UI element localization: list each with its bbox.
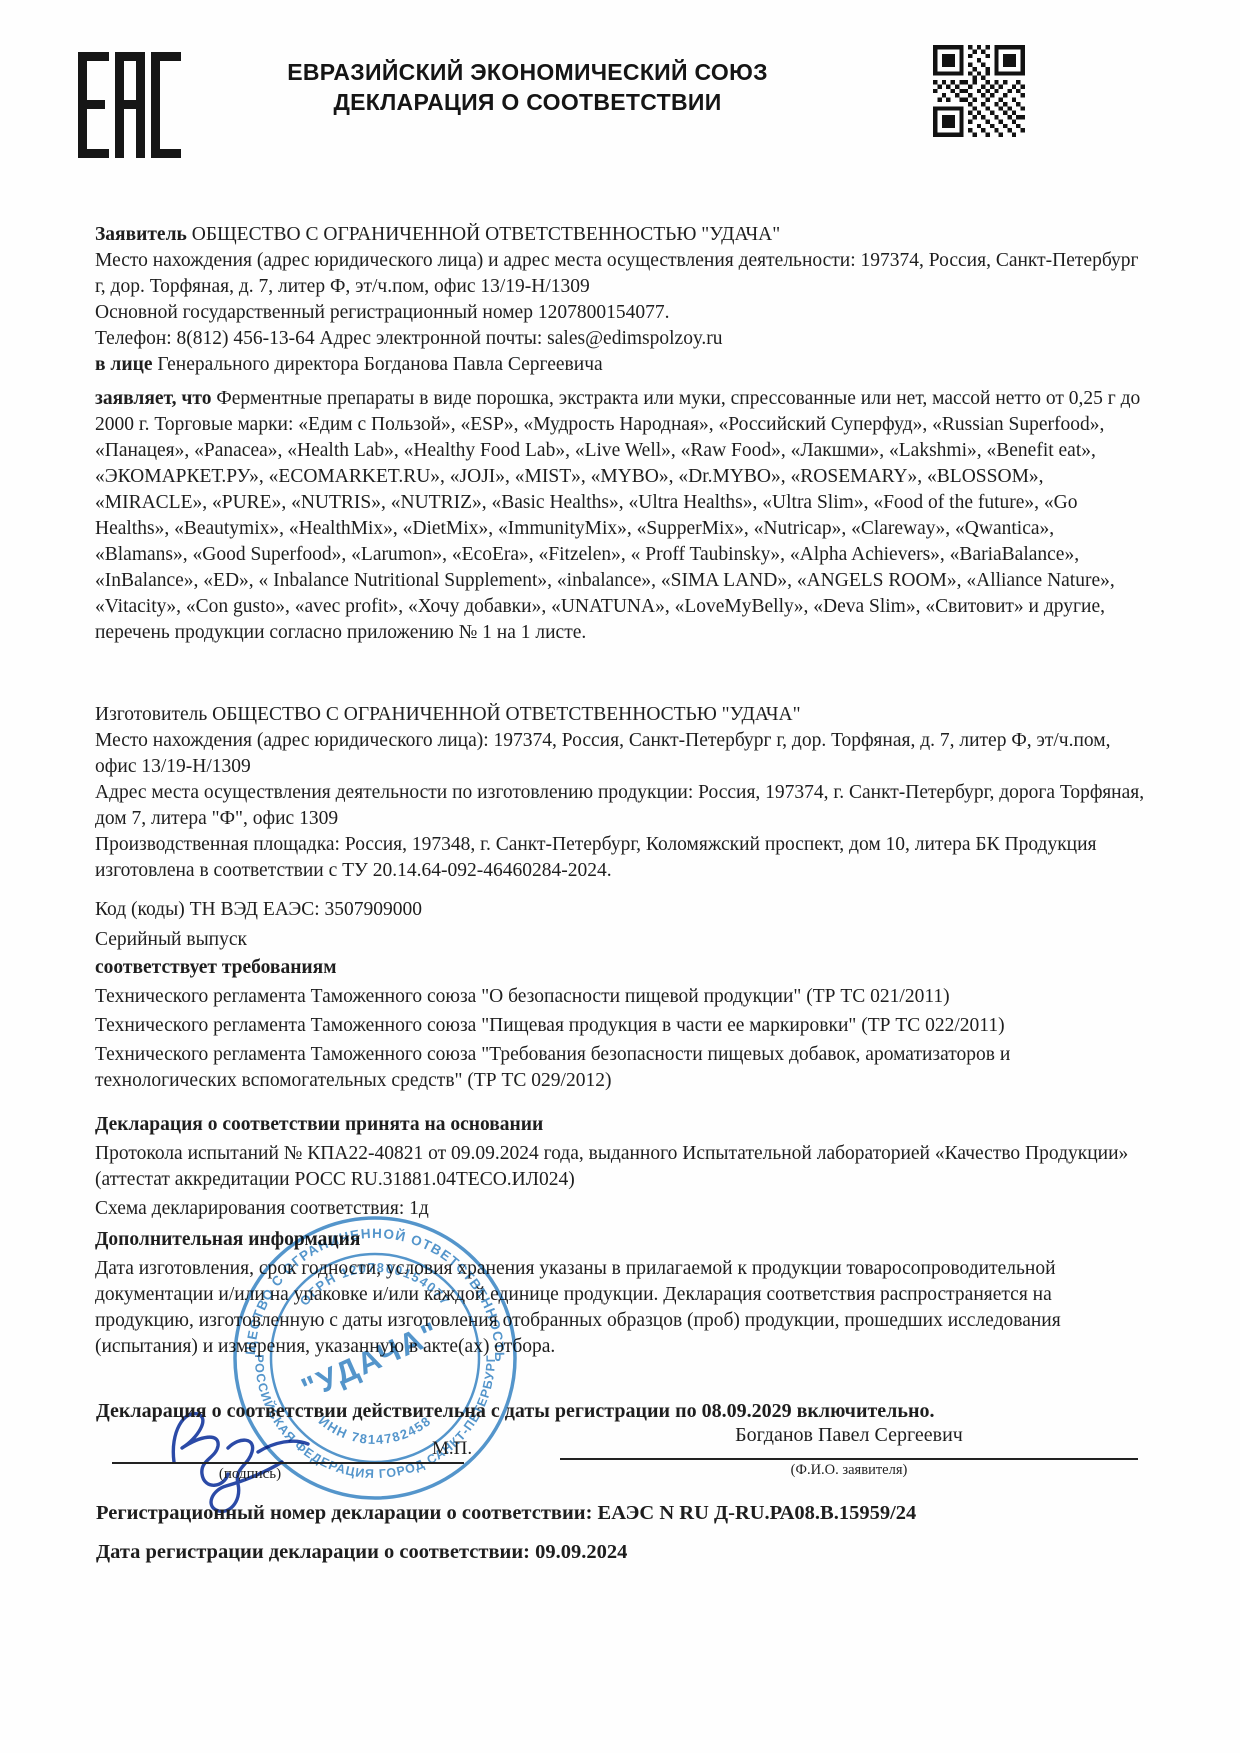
compliance-item: Технического регламента Таможенного союз… [95,1042,1149,1094]
registration-number-line: Регистрационный номер декларации о соотв… [96,1502,1156,1525]
tnved-code: Код (коды) ТН ВЭД ЕАЭС: 3507909000 [95,897,1149,923]
representative-label: в лице [95,354,152,375]
signer-name: Богданов Павел Сергеевич [560,1424,1138,1447]
basis-section: Декларация о соответствии принята на осн… [95,1112,1149,1222]
signer-name-line [560,1458,1138,1460]
representative-name: Генерального директора Богданова Павла С… [157,354,602,375]
release-type: Серийный выпуск [95,927,1149,953]
applicant-section: Заявитель ОБЩЕСТВО С ОГРАНИЧЕННОЙ ОТВЕТС… [95,222,1149,378]
applicant-name: ОБЩЕСТВО С ОГРАНИЧЕННОЙ ОТВЕТСТВЕННОСТЬЮ… [192,224,780,245]
applicant-label: Заявитель [95,224,187,245]
applicant-line: Заявитель ОБЩЕСТВО С ОГРАНИЧЕННОЙ ОТВЕТС… [95,222,1149,248]
svg-text:ОГРН 1207800154077: ОГРН 1207800154077 [297,1260,454,1309]
signature-caption: (подпись) [150,1466,350,1483]
manufacturer-label: Изготовитель [95,704,207,725]
declaration-statement: заявляет, что Ферментные препараты в вид… [95,386,1149,646]
declares-text: Ферментные препараты в виде порошка, экс… [95,388,1140,643]
manufacturer-activity-address: Адрес места осуществления деятельности п… [95,780,1149,832]
basis-label: Декларация о соответствии принята на осн… [95,1112,1149,1138]
title-union-line: ЕВРАЗИЙСКИЙ ЭКОНОМИЧЕСКИЙ СОЮЗ [240,57,815,87]
applicant-address: Место нахождения (адрес юридического лиц… [95,248,1149,300]
manufacturer-section: Изготовитель ОБЩЕСТВО С ОГРАНИЧЕННОЙ ОТВ… [95,702,1149,884]
stamp-ogrn-text: ОГРН 1207800154077 [297,1260,454,1309]
registration-date-line: Дата регистрации декларации о соответств… [96,1541,1156,1564]
product-section: Код (коды) ТН ВЭД ЕАЭС: 3507909000 Серий… [95,897,1149,953]
declaration-document: ЕВРАЗИЙСКИЙ ЭКОНОМИЧЕСКИЙ СОЮЗ ДЕКЛАРАЦИ… [0,0,1240,1753]
manufacturer-production-site: Производственная площадка: Россия, 19734… [95,832,1149,884]
qr-code [933,45,1025,137]
basis-protocol: Протокола испытаний № КПА22-40821 от 09.… [95,1141,1149,1193]
applicant-ogrn: Основной государственный регистрационный… [95,300,1149,326]
compliance-item: Технического регламента Таможенного союз… [95,984,1149,1010]
applicant-representative: в лице Генерального директора Богданова … [95,352,1149,378]
manufacturer-line: Изготовитель ОБЩЕСТВО С ОГРАНИЧЕННОЙ ОТВ… [95,702,1149,728]
stamp-ring-top-text: ОБЩЕСТВО С ОГРАНИЧЕННОЙ ОТВЕТСТВЕННОСТЬЮ [225,1208,507,1363]
document-title: ЕВРАЗИЙСКИЙ ЭКОНОМИЧЕСКИЙ СОЮЗ ДЕКЛАРАЦИ… [240,57,815,117]
compliance-label: соответствует требованиям [95,955,1149,981]
svg-text:ОБЩЕСТВО С ОГРАНИЧЕННОЙ ОТВЕТС: ОБЩЕСТВО С ОГРАНИЧЕННОЙ ОТВЕТСТВЕННОСТЬЮ [225,1208,507,1363]
compliance-item: Технического регламента Таможенного союз… [95,1013,1149,1039]
manufacturer-address: Место нахождения (адрес юридического лиц… [95,728,1149,780]
signature-line [112,1462,464,1464]
title-doctype-line: ДЕКЛАРАЦИЯ О СООТВЕТСТВИИ [240,87,815,117]
applicant-contacts: Телефон: 8(812) 456-13-64 Адрес электрон… [95,326,1149,352]
stamp-place-label: М.П. [432,1438,472,1460]
compliance-section: соответствует требованиям Технического р… [95,955,1149,1094]
declares-label: заявляет, что [95,388,212,409]
manufacturer-name: ОБЩЕСТВО С ОГРАНИЧЕННОЙ ОТВЕТСТВЕННОСТЬЮ… [212,704,800,725]
signer-name-caption: (Ф.И.О. заявителя) [560,1462,1138,1479]
validity-statement: Декларация о соответствии действительна … [96,1400,1146,1423]
eac-logo [74,50,186,160]
